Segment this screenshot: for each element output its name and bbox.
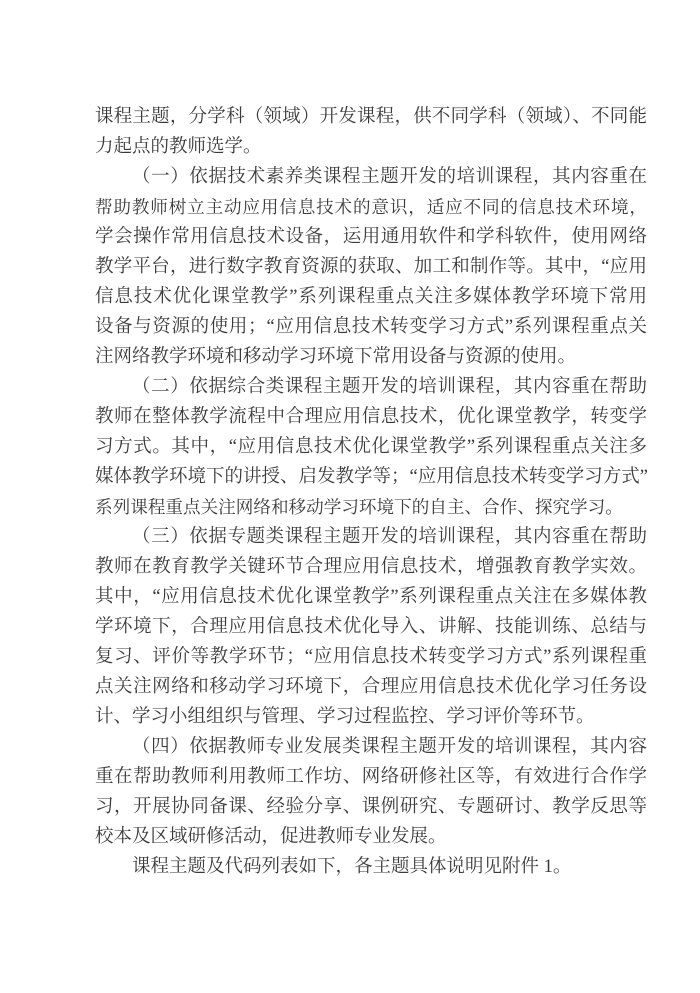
text-line: 点关注网络和移动学习环境下，合理应用信息技术优化学习任务设 (95, 672, 647, 702)
para-item-4: （四）依据教师专业发展类课程主题开发的培训课程，其内容重在帮助教师利用教师工作坊… (95, 732, 647, 852)
text-line: 教师在教育教学关键环节合理应用信息技术，增强教育教学实效。 (95, 552, 647, 582)
text-line: 复习、评价等教学环节；“应用信息技术转变学习方式”系列课程重 (95, 642, 647, 672)
text-line: 教师在整体教学流程中合理应用信息技术，优化课堂教学，转变学 (95, 402, 647, 432)
text-line: 课程主题，分学科（领域）开发课程，供不同学科（领域）、不同能 (95, 102, 647, 132)
text-line: 习，开展协同备课、经验分享、课例研究、专题研讨、教学反思等 (95, 792, 647, 822)
para-item-1: （一）依据技术素养类课程主题开发的培训课程，其内容重在帮助教师树立主动应用信息技… (95, 162, 647, 372)
text-line: 信息技术优化课堂教学”系列课程重点关注多媒体教学环境下常用 (95, 282, 647, 312)
text-line: 学环境下，合理应用信息技术优化导入、讲解、技能训练、总结与 (95, 612, 647, 642)
text-line: 习方式。其中，“应用信息技术优化课堂教学”系列课程重点关注多 (95, 432, 647, 462)
para-item-3: （三）依据专题类课程主题开发的培训课程，其内容重在帮助教师在教育教学关键环节合理… (95, 522, 647, 732)
text-line: 系列课程重点关注网络和移动学习环境下的自主、合作、探究学习。 (95, 492, 647, 522)
para-item-2: （二）依据综合类课程主题开发的培训课程，其内容重在帮助教师在整体教学流程中合理应… (95, 372, 647, 522)
text-line: 学会操作常用信息技术设备，运用通用软件和学科软件，使用网络 (95, 222, 647, 252)
text-line: 力起点的教师选学。 (95, 132, 647, 162)
text-line: 重在帮助教师利用教师工作坊、网络研修社区等，有效进行合作学 (95, 762, 647, 792)
text-line: 计、学习小组组织与管理、学习过程监控、学习评价等环节。 (95, 702, 647, 732)
text-line: （三）依据专题类课程主题开发的培训课程，其内容重在帮助 (95, 522, 647, 552)
text-line: 媒体教学环境下的讲授、启发教学等；“应用信息技术转变学习方式” (95, 462, 647, 492)
text-line: 校本及区域研修活动，促进教师专业发展。 (95, 822, 647, 852)
text-line: 注网络教学环境和移动学习环境下常用设备与资源的使用。 (95, 342, 647, 372)
text-line: 设备与资源的使用；“应用信息技术转变学习方式”系列课程重点关 (95, 312, 647, 342)
document-text: 课程主题，分学科（领域）开发课程，供不同学科（领域）、不同能力起点的教师选学。（… (95, 102, 647, 882)
text-line: 课程主题及代码列表如下，各主题具体说明见附件 1。 (95, 852, 647, 882)
text-line: （二）依据综合类课程主题开发的培训课程，其内容重在帮助 (95, 372, 647, 402)
text-line: （四）依据教师专业发展类课程主题开发的培训课程，其内容 (95, 732, 647, 762)
text-line: 帮助教师树立主动应用信息技术的意识，适应不同的信息技术环境， (95, 192, 647, 222)
para-continuation: 课程主题，分学科（领域）开发课程，供不同学科（领域）、不同能力起点的教师选学。 (95, 102, 647, 162)
text-line: 其中，“应用信息技术优化课堂教学”系列课程重点关注在多媒体教 (95, 582, 647, 612)
text-line: 教学平台，进行数字教育资源的获取、加工和制作等。其中，“应用 (95, 252, 647, 282)
text-line: （一）依据技术素养类课程主题开发的培训课程，其内容重在 (95, 162, 647, 192)
document-page: 课程主题，分学科（领域）开发课程，供不同学科（领域）、不同能力起点的教师选学。（… (0, 0, 700, 993)
para-closing: 课程主题及代码列表如下，各主题具体说明见附件 1。 (95, 852, 647, 882)
